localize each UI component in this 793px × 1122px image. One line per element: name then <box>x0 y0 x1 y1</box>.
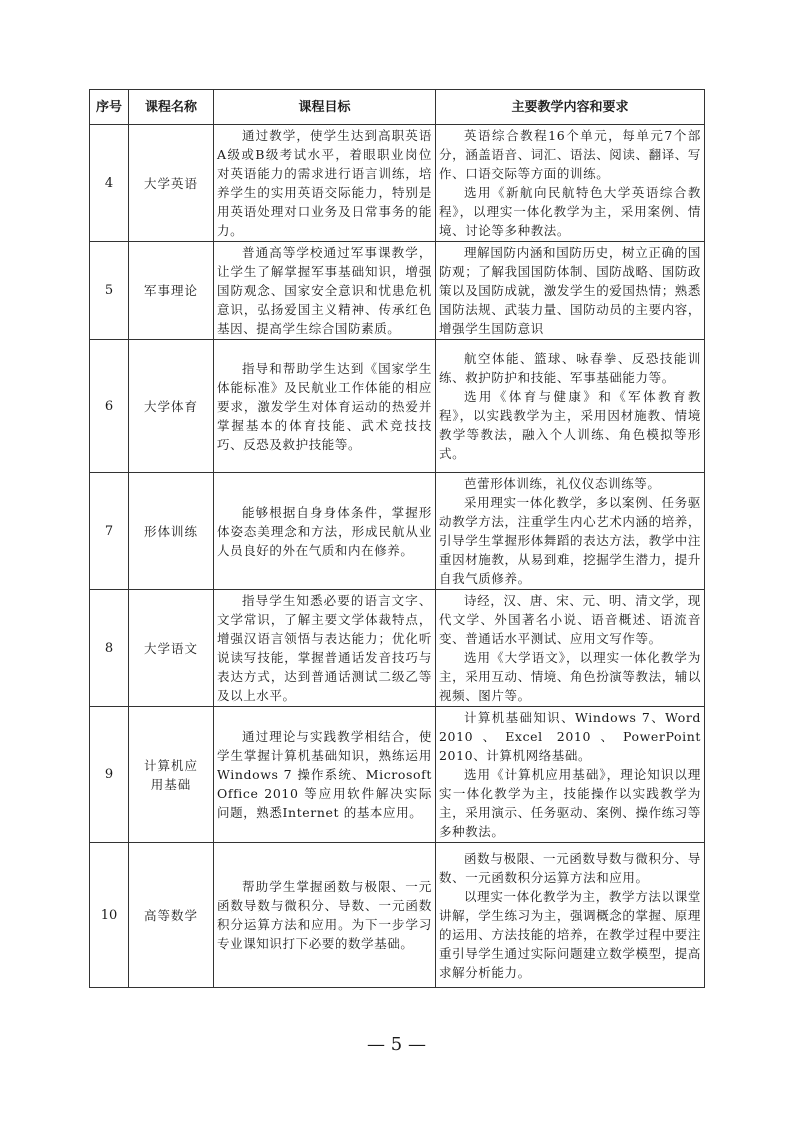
course-content: 诗经，汉、唐、宋、元、明、清文学，现代文学、外国著名小说、语音概述、语流音变、普… <box>436 590 705 707</box>
course-number: 6 <box>90 340 129 473</box>
content-paragraph: 理解国防内涵和国防历史，树立正确的国防观；了解我国国防体制、国防战略、国防政策以… <box>439 243 701 338</box>
header-no: 序号 <box>90 90 129 125</box>
content-paragraph: 选用《计算机应用基础》，理论知识以理实一体化教学为主，技能操作以实践教学为主，采… <box>439 765 701 841</box>
course-content: 计算机基础知识、Windows 7、Word 2010、Excel 2010、P… <box>436 707 705 843</box>
content-paragraph: 以理实一体化教学为主，教学方法以课堂讲解，学生练习为主，强调概念的掌握、原理的运… <box>439 887 701 982</box>
course-content: 函数与极限、一元函数导数与微积分、导数、一元函数积分运算方法和应用。以理实一体化… <box>436 843 705 988</box>
course-number: 9 <box>90 707 129 843</box>
course-name: 大学英语 <box>129 125 214 242</box>
course-content: 理解国防内涵和国防历史，树立正确的国防观；了解我国国防体制、国防战略、国防政策以… <box>436 242 705 340</box>
goal-paragraph: 通过理论与实践教学相结合，使学生掌握计算机基础知识，熟练运用Windows 7 … <box>217 727 432 822</box>
table-row: 9计算机应用基础通过理论与实践教学相结合，使学生掌握计算机基础知识，熟练运用Wi… <box>90 707 705 843</box>
course-goal: 通过教学，使学生达到高职英语A级或B级考试水平，着眼职业岗位对英语能力的需求进行… <box>214 125 436 242</box>
document-page: 序号 课程名称 课程目标 主要教学内容和要求 4大学英语通过教学，使学生达到高职… <box>0 0 793 1122</box>
course-number: 8 <box>90 590 129 707</box>
content-paragraph: 航空体能、篮球、咏春拳、反恐技能训练、救护防护和技能、军事基础能力等。 <box>439 349 701 387</box>
content-paragraph: 选用《体育与健康》和《军体教育教程》，以实践教学为主，采用因材施教、情境教学等教… <box>439 387 701 463</box>
course-name: 形体训练 <box>129 473 214 590</box>
goal-paragraph: 指导和帮助学生达到《国家学生体能标准》及民航业工作体能的相应要求，激发学生对体育… <box>217 359 432 454</box>
course-name: 军事理论 <box>129 242 214 340</box>
course-goal: 指导和帮助学生达到《国家学生体能标准》及民航业工作体能的相应要求，激发学生对体育… <box>214 340 436 473</box>
course-name: 大学体育 <box>129 340 214 473</box>
course-content: 芭蕾形体训练，礼仪仪态训练等。采用理实一体化教学，多以案例、任务驱动教学方法，注… <box>436 473 705 590</box>
course-goal: 普通高等学校通过军事课教学，让学生了解掌握军事基础知识，增强国防观念、国家安全意… <box>214 242 436 340</box>
course-goal: 通过理论与实践教学相结合，使学生掌握计算机基础知识，熟练运用Windows 7 … <box>214 707 436 843</box>
course-table: 序号 课程名称 课程目标 主要教学内容和要求 4大学英语通过教学，使学生达到高职… <box>89 89 705 988</box>
content-paragraph: 选用《新航向民航特色大学英语综合教程》，以理实一体化教学为主，采用案例、情境、讨… <box>439 183 701 240</box>
course-goal: 能够根据自身身体条件，掌握形体姿态美理念和方法，形成民航从业人员良好的外在气质和… <box>214 473 436 590</box>
course-name: 大学语文 <box>129 590 214 707</box>
content-paragraph: 诗经，汉、唐、宋、元、明、清文学，现代文学、外国著名小说、语音概述、语流音变、普… <box>439 591 701 648</box>
goal-paragraph: 能够根据自身身体条件，掌握形体姿态美理念和方法，形成民航从业人员良好的外在气质和… <box>217 503 432 560</box>
course-content: 航空体能、篮球、咏春拳、反恐技能训练、救护防护和技能、军事基础能力等。选用《体育… <box>436 340 705 473</box>
table-row: 4大学英语通过教学，使学生达到高职英语A级或B级考试水平，着眼职业岗位对英语能力… <box>90 125 705 242</box>
course-number: 4 <box>90 125 129 242</box>
header-course-name: 课程名称 <box>129 90 214 125</box>
course-goal: 帮助学生掌握函数与极限、一元函数导数与微积分、导数、一元函数积分运算方法和应用。… <box>214 843 436 988</box>
course-number: 5 <box>90 242 129 340</box>
content-paragraph: 计算机基础知识、Windows 7、Word 2010、Excel 2010、P… <box>439 708 701 765</box>
course-name: 高等数学 <box>129 843 214 988</box>
content-paragraph: 英语综合教程16个单元，每单元7个部分，涵盖语音、词汇、语法、阅读、翻译、写作、… <box>439 126 701 183</box>
table-header-row: 序号 课程名称 课程目标 主要教学内容和要求 <box>90 90 705 125</box>
goal-paragraph: 帮助学生掌握函数与极限、一元函数导数与微积分、导数、一元函数积分运算方法和应用。… <box>217 877 432 953</box>
course-number: 7 <box>90 473 129 590</box>
table-row: 8大学语文指导学生知悉必要的语言文字、文学常识，了解主要文学体裁特点，增强汉语言… <box>90 590 705 707</box>
header-course-content: 主要教学内容和要求 <box>436 90 705 125</box>
goal-paragraph: 指导学生知悉必要的语言文字、文学常识，了解主要文学体裁特点，增强汉语言领悟与表达… <box>217 591 432 705</box>
goal-paragraph: 普通高等学校通过军事课教学，让学生了解掌握军事基础知识，增强国防观念、国家安全意… <box>217 243 432 338</box>
content-paragraph: 函数与极限、一元函数导数与微积分、导数、一元函数积分运算方法和应用。 <box>439 849 701 887</box>
content-paragraph: 选用《大学语文》，以理实一体化教学为主，采用互动、情境、角色扮演等教法，辅以视频… <box>439 648 701 705</box>
course-name: 计算机应用基础 <box>129 707 214 843</box>
course-content: 英语综合教程16个单元，每单元7个部分，涵盖语音、词汇、语法、阅读、翻译、写作、… <box>436 125 705 242</box>
page-number: — 5 — <box>0 1034 793 1055</box>
table-row: 5军事理论普通高等学校通过军事课教学，让学生了解掌握军事基础知识，增强国防观念、… <box>90 242 705 340</box>
goal-paragraph: 通过教学，使学生达到高职英语A级或B级考试水平，着眼职业岗位对英语能力的需求进行… <box>217 126 432 240</box>
table-row: 10高等数学帮助学生掌握函数与极限、一元函数导数与微积分、导数、一元函数积分运算… <box>90 843 705 988</box>
course-number: 10 <box>90 843 129 988</box>
content-paragraph: 采用理实一体化教学，多以案例、任务驱动教学方法，注重学生内心艺术内涵的培养，引导… <box>439 493 701 588</box>
table-row: 6大学体育指导和帮助学生达到《国家学生体能标准》及民航业工作体能的相应要求，激发… <box>90 340 705 473</box>
content-paragraph: 芭蕾形体训练，礼仪仪态训练等。 <box>439 474 701 493</box>
header-course-goal: 课程目标 <box>214 90 436 125</box>
table-row: 7形体训练能够根据自身身体条件，掌握形体姿态美理念和方法，形成民航从业人员良好的… <box>90 473 705 590</box>
course-goal: 指导学生知悉必要的语言文字、文学常识，了解主要文学体裁特点，增强汉语言领悟与表达… <box>214 590 436 707</box>
